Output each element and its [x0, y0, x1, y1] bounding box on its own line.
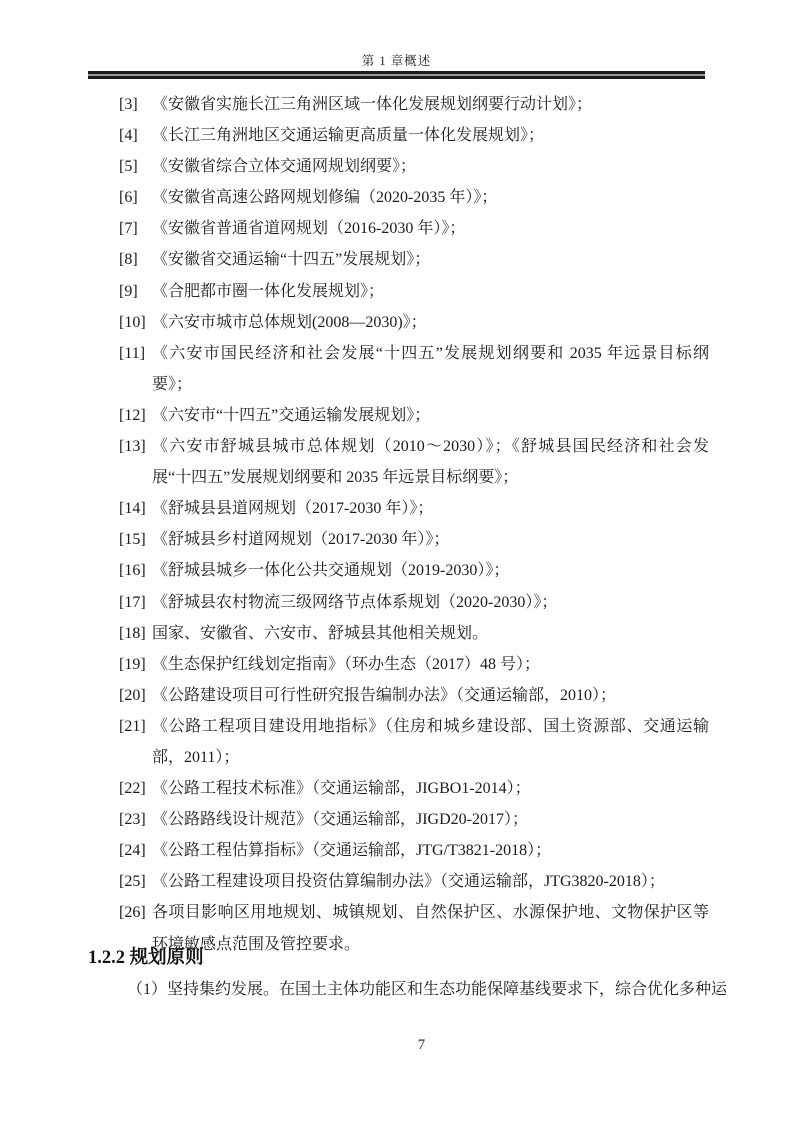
reference-text: 《公路工程估算指标》（交通运输部，JTG/T3821-2018）；	[152, 835, 709, 866]
reference-text: 《六安市舒城县城市总体规划（2010～2030）》；《舒城县国民经济和社会发展“…	[152, 431, 709, 493]
reference-item: [6] 《安徽省高速公路网规划修编（2020-2035 年）》；	[119, 182, 709, 213]
reference-text: 《安徽省高速公路网规划修编（2020-2035 年）》；	[152, 182, 709, 213]
reference-number: [12]	[119, 400, 152, 431]
reference-text: 《公路工程建设项目投资估算编制办法》（交通运输部，JTG3820-2018）；	[152, 866, 709, 897]
page-number-value: 7	[418, 1036, 425, 1054]
reference-text: 《六安市国民经济和社会发展“十四五”发展规划纲要和 2035 年远景目标纲要》；	[152, 338, 709, 400]
body-paragraph: （1）坚持集约发展。在国土主体功能区和生态功能保障基线要求下，综合优化多种运	[88, 974, 728, 1005]
reference-number: [6]	[119, 182, 152, 213]
reference-item: [21] 《公路工程项目建设用地指标》（住房和城乡建设部、国土资源部、交通运输部…	[119, 711, 709, 773]
reference-text: 《安徽省实施长江三角洲区域一体化发展规划纲要行动计划》；	[152, 89, 709, 120]
reference-text: 《六安市“十四五”交通运输发展规划》；	[152, 400, 709, 431]
reference-text: 《合肥都市圈一体化发展规划》；	[152, 276, 709, 307]
section-heading: 1.2.2 规划原则	[88, 944, 705, 972]
reference-number: [21]	[119, 711, 152, 773]
page-number: 7	[0, 1036, 793, 1054]
reference-number: [16]	[119, 555, 152, 586]
reference-number: [19]	[119, 649, 152, 680]
reference-number: [3]	[119, 89, 152, 120]
reference-item: [10] 《六安市城市总体规划(2008—2030)》；	[119, 307, 709, 338]
reference-item: [5] 《安徽省综合立体交通网规划纲要》；	[119, 151, 709, 182]
reference-number: [7]	[119, 213, 152, 244]
reference-text: 《公路工程技术标准》（交通运输部，JIGBO1-2014）；	[152, 773, 709, 804]
reference-item: [24] 《公路工程估算指标》（交通运输部，JTG/T3821-2018）；	[119, 835, 709, 866]
reference-item: [19] 《生态保护红线划定指南》（环办生态（2017）48 号）；	[119, 649, 709, 680]
reference-number: [9]	[119, 276, 152, 307]
reference-item: [3] 《安徽省实施长江三角洲区域一体化发展规划纲要行动计划》；	[119, 89, 709, 120]
reference-number: [15]	[119, 524, 152, 555]
reference-number: [18]	[119, 618, 152, 649]
reference-item: [13] 《六安市舒城县城市总体规划（2010～2030）》；《舒城县国民经济和…	[119, 431, 709, 493]
reference-text: 《公路路线设计规范》（交通运输部，JIGD20-2017）；	[152, 804, 709, 835]
reference-text: 《安徽省综合立体交通网规划纲要》；	[152, 151, 709, 182]
reference-number: [17]	[119, 587, 152, 618]
reference-item: [7] 《安徽省普通省道网规划（2016-2030 年）》；	[119, 213, 709, 244]
reference-number: [10]	[119, 307, 152, 338]
reference-text: 《公路建设项目可行性研究报告编制办法》（交通运输部，2010）；	[152, 680, 709, 711]
reference-number: [4]	[119, 120, 152, 151]
reference-list: [3] 《安徽省实施长江三角洲区域一体化发展规划纲要行动计划》； [4] 《长江…	[119, 89, 709, 960]
reference-text: 《舒城县乡村道网规划（2017-2030 年）》；	[152, 524, 709, 555]
reference-number: [24]	[119, 835, 152, 866]
reference-item: [14] 《舒城县县道网规划（2017-2030 年）》；	[119, 493, 709, 524]
reference-number: [22]	[119, 773, 152, 804]
reference-item: [18] 国家、安徽省、六安市、舒城县其他相关规划。	[119, 618, 709, 649]
reference-number: [14]	[119, 493, 152, 524]
reference-text: 《安徽省普通省道网规划（2016-2030 年）》；	[152, 213, 709, 244]
reference-item: [20] 《公路建设项目可行性研究报告编制办法》（交通运输部，2010）；	[119, 680, 709, 711]
reference-text: 《长江三角洲地区交通运输更高质量一体化发展规划》；	[152, 120, 709, 151]
reference-text: 《安徽省交通运输“十四五”发展规划》；	[152, 244, 709, 275]
reference-text: 国家、安徽省、六安市、舒城县其他相关规划。	[152, 618, 709, 649]
reference-number: [8]	[119, 244, 152, 275]
reference-text: 《公路工程项目建设用地指标》（住房和城乡建设部、国土资源部、交通运输部，2011…	[152, 711, 709, 773]
reference-number: [11]	[119, 338, 152, 400]
header-divider-rule	[88, 71, 705, 79]
reference-item: [25] 《公路工程建设项目投资估算编制办法》（交通运输部，JTG3820-20…	[119, 866, 709, 897]
reference-text: 《舒城县县道网规划（2017-2030 年）》；	[152, 493, 709, 524]
reference-text: 《生态保护红线划定指南》（环办生态（2017）48 号）；	[152, 649, 709, 680]
reference-text: 《舒城县城乡一体化公共交通规划（2019-2030）》；	[152, 555, 709, 586]
reference-item: [11] 《六安市国民经济和社会发展“十四五”发展规划纲要和 2035 年远景目…	[119, 338, 709, 400]
reference-item: [12] 《六安市“十四五”交通运输发展规划》；	[119, 400, 709, 431]
reference-item: [8] 《安徽省交通运输“十四五”发展规划》；	[119, 244, 709, 275]
reference-number: [5]	[119, 151, 152, 182]
reference-item: [15] 《舒城县乡村道网规划（2017-2030 年）》；	[119, 524, 709, 555]
page-header-chapter-title: 第 1 章概述	[0, 54, 793, 69]
reference-number: [13]	[119, 431, 152, 493]
reference-item: [16] 《舒城县城乡一体化公共交通规划（2019-2030）》；	[119, 555, 709, 586]
reference-number: [23]	[119, 804, 152, 835]
reference-item: [22] 《公路工程技术标准》（交通运输部，JIGBO1-2014）；	[119, 773, 709, 804]
reference-text: 《舒城县农村物流三级网络节点体系规划（2020-2030）》；	[152, 587, 709, 618]
reference-item: [4] 《长江三角洲地区交通运输更高质量一体化发展规划》；	[119, 120, 709, 151]
reference-number: [20]	[119, 680, 152, 711]
reference-item: [23] 《公路路线设计规范》（交通运输部，JIGD20-2017）；	[119, 804, 709, 835]
reference-item: [17] 《舒城县农村物流三级网络节点体系规划（2020-2030）》；	[119, 587, 709, 618]
reference-item: [9] 《合肥都市圈一体化发展规划》；	[119, 276, 709, 307]
reference-number: [25]	[119, 866, 152, 897]
reference-text: 《六安市城市总体规划(2008—2030)》；	[152, 307, 709, 338]
